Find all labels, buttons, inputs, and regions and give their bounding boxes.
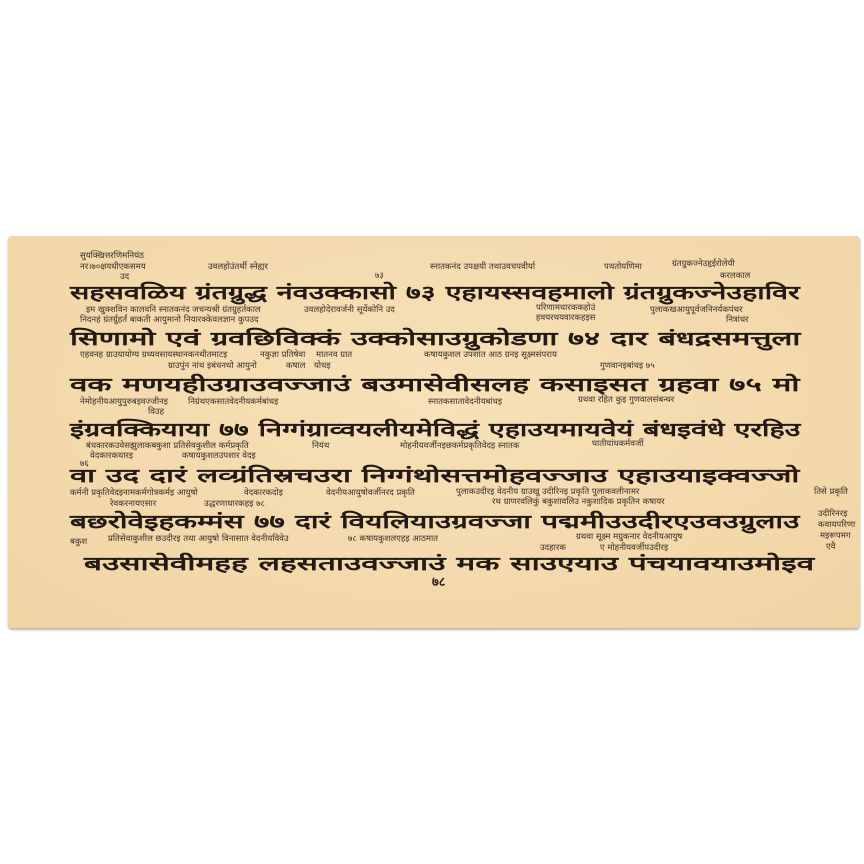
gloss-line2-e: मातनव ग्रात xyxy=(316,349,352,360)
manuscript-page: सुयक्खित्तरणिमनियंठ नर।७०क्षयधीएकसमय उद … xyxy=(8,236,860,628)
gloss-line4-g: वेदकारकधारइ xyxy=(90,450,133,461)
gloss-line2-d: कषाल xyxy=(286,360,305,371)
gloss-line3-d: स्नातकसातावेदनीयबांधइ xyxy=(428,396,502,407)
gloss-line4-d: मोहनीयवर्जीनइछकर्मप्रकृतिवेदइ स्नातक xyxy=(400,440,519,451)
main-text-line-5: वा उद दारं लव्ग्रंतिस्रचउरा निग्गंथोसत्त… xyxy=(70,462,799,488)
main-text-line-7: बउसासेवीमहह लहसताउवज्जाउं मक साउएयाउ पंच… xyxy=(84,550,814,576)
gloss-line6-c: ७८ कषायकुशलएहइ आठमात xyxy=(348,533,438,544)
gloss-line4-h: कषायकुशलउपशार वेदइ xyxy=(182,450,256,461)
gloss-line2-b: ग्राउपुंन नांथ इबंधनथो आयुनो xyxy=(168,360,257,371)
gloss-line1-c: उवलहोदेरावर्जनी सूर्येकोनि उद xyxy=(304,304,395,315)
gloss-line5-e: रथ ग्राणरवलिकुं बकुशावलिउ नकुशादिक प्रकृ… xyxy=(492,496,665,507)
gloss-line1-e: हवयरथयवारकहइस xyxy=(536,312,595,323)
gloss-line2-g: कषायकुशल उपशांत आठ ग्रनइ सूक्ष्मसंपराय xyxy=(424,349,557,360)
gloss-line2-a: एहवनह ग्राउयायोग्य ग्रध्यवसायस्थानकनथीतम… xyxy=(80,349,227,360)
gloss-line6-a: बकुश xyxy=(70,536,87,547)
gloss-line6-d: ग्रथवा सूक्ष्म मग्रुकनार वेदनीयआयुष xyxy=(576,531,682,542)
gloss-line6-b: प्रतिसेवाकुशील छउदीरइ तथा आयुषो विनासात … xyxy=(108,533,289,544)
gloss-top-1: सुयक्खित्तरणिमनियंठ xyxy=(80,250,144,261)
main-text-line-4: इंग्रवक्कियाया ७७ निग्गंग्राव्वयलीयमेविद… xyxy=(70,416,800,442)
main-text-line-3: वक मणयहीउग्राउवज्जाउं बउमासेवीसलह कसाइसत… xyxy=(70,371,799,397)
gloss-top-7: पथतोयणिमा xyxy=(604,261,642,272)
gloss-line5-f: तिसे प्रकृति xyxy=(814,486,848,497)
gloss-line1-b: निदनहं ग्रंतर्ग्रुहर्तं बाकती आयुमानो नि… xyxy=(80,314,259,325)
gloss-line3-e: ग्रथवा रहित कुइ गुणवालसंबन्धर xyxy=(578,394,674,405)
gloss-line2-h: गुणवानइबांधइ ७५ xyxy=(600,360,655,371)
main-text-line-1: सहसवळिय ग्रंतग्रुद्ध नंवउक्कासो ७३ एहायस… xyxy=(70,279,800,305)
gloss-line5-b: वेदकारकदोइ xyxy=(244,487,283,498)
gloss-line5-a: कर्मनी प्रकृतिवेदइनामकर्मगोत्रकर्मइ आयुष… xyxy=(70,487,198,498)
gloss-line2-f: योधइ xyxy=(314,360,331,371)
gloss-line3-c: निग्रंथएकसातवेदनीयकर्मबांधइ xyxy=(188,396,278,407)
gloss-line6-j: एवै xyxy=(826,541,835,552)
gloss-line5-c: वेदनीयआयुषोवर्जीनरद प्रकृति xyxy=(326,487,415,498)
gloss-line4-e: घातीयांधकर्मवर्जी xyxy=(592,438,643,449)
gloss-line6-i: मइरूपमग xyxy=(820,530,851,541)
gloss-top-6: स्नातकनंद उपक्षयी तथाउवचपवीर्या xyxy=(430,261,535,272)
main-text-line-2: सिणामो एवं ग्रवछिविक्कं उक्कोसाउग्रुकोडण… xyxy=(70,325,800,351)
gloss-top-8: ग्रंतग्रुकज्नेउहृईरोलेयी xyxy=(672,258,735,269)
gloss-line4-c: नियंथ xyxy=(312,440,329,451)
main-text-line-6: बछरोवेइहकम्मंस ७७ दारं वियलियाउग्रवज्जा … xyxy=(70,508,799,534)
gloss-line2-c: नकुज्ञा प्रतिषेवा xyxy=(260,349,305,360)
gloss-line1-g: नित्रांधर xyxy=(726,314,749,325)
gloss-line6-h: कवायपरिणा xyxy=(818,519,855,530)
page-number: ७८ xyxy=(432,572,446,590)
gloss-top-2: नर।७०क्षयधीएकसमय xyxy=(80,261,146,272)
gloss-top-4: उवलहोउंतर्थी स्नेह्यर xyxy=(208,261,268,272)
gloss-line6-g: उदीरिनरइ xyxy=(818,508,847,519)
